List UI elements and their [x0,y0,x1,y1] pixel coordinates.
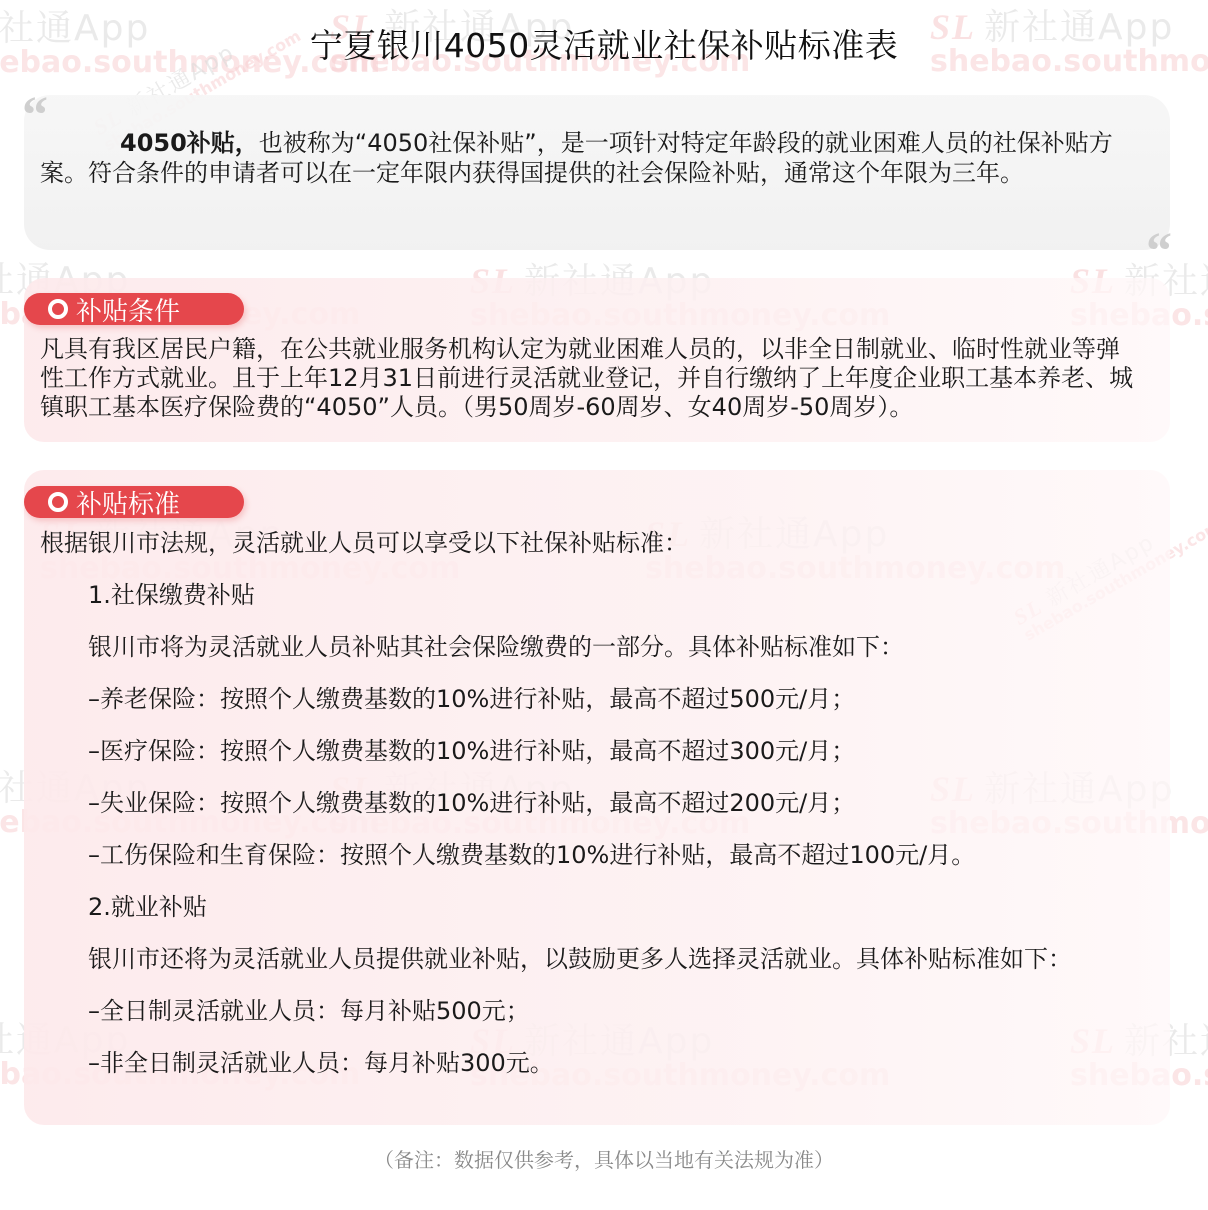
standards-line-unemployment: –失业保险：按照个人缴费基数的10%进行补贴，最高不超过200元/月； [88,788,855,818]
circle-icon [48,492,68,512]
standards-line-pension: –养老保险：按照个人缴费基数的10%进行补贴，最高不超过500元/月； [88,684,855,714]
conditions-heading: 补贴条件 [24,293,244,325]
standards-heading-label: 补贴标准 [76,484,180,521]
standards-heading: 补贴标准 [24,486,244,518]
standards-lead: 根据银川市法规，灵活就业人员可以享受以下社保补贴标准： [40,528,688,558]
standards-line: 银川市将为灵活就业人员补贴其社会保险缴费的一部分。具体补贴标准如下： [88,632,904,662]
standards-line-fulltime: –全日制灵活就业人员：每月补贴500元； [88,996,530,1026]
conditions-heading-label: 补贴条件 [76,291,180,328]
footnote: （备注：数据仅供参考，具体以当地有关法规为准） [0,1146,1208,1174]
intro-paragraph: 4050补贴，也被称为“4050社保补贴”，是一项针对特定年龄段的就业困难人员的… [40,128,1155,188]
page-title: 宁夏银川4050灵活就业社保补贴标准表 [0,22,1208,70]
standards-line-injury-maternity: –工伤保险和生育保险：按照个人缴费基数的10%进行补贴，最高不超过100元/月。 [88,840,975,870]
conditions-body: 凡具有我区居民户籍，在公共就业服务机构认定为就业困难人员的，以非全日制就业、临时… [40,335,1140,422]
circle-icon [48,299,68,319]
standards-line: 银川市还将为灵活就业人员提供就业补贴，以鼓励更多人选择灵活就业。具体补贴标准如下… [88,944,1072,974]
subheading-employment: 2.就业补贴 [88,892,207,922]
subheading-social-insurance: 1.社保缴费补贴 [88,580,255,610]
standards-line-medical: –医疗保险：按照个人缴费基数的10%进行补贴，最高不超过300元/月； [88,736,855,766]
standards-line-parttime: –非全日制灵活就业人员：每月补贴300元。 [88,1048,554,1078]
intro-bold-lead: 4050补贴， [120,129,259,157]
close-quote-icon: “ [1146,232,1172,272]
